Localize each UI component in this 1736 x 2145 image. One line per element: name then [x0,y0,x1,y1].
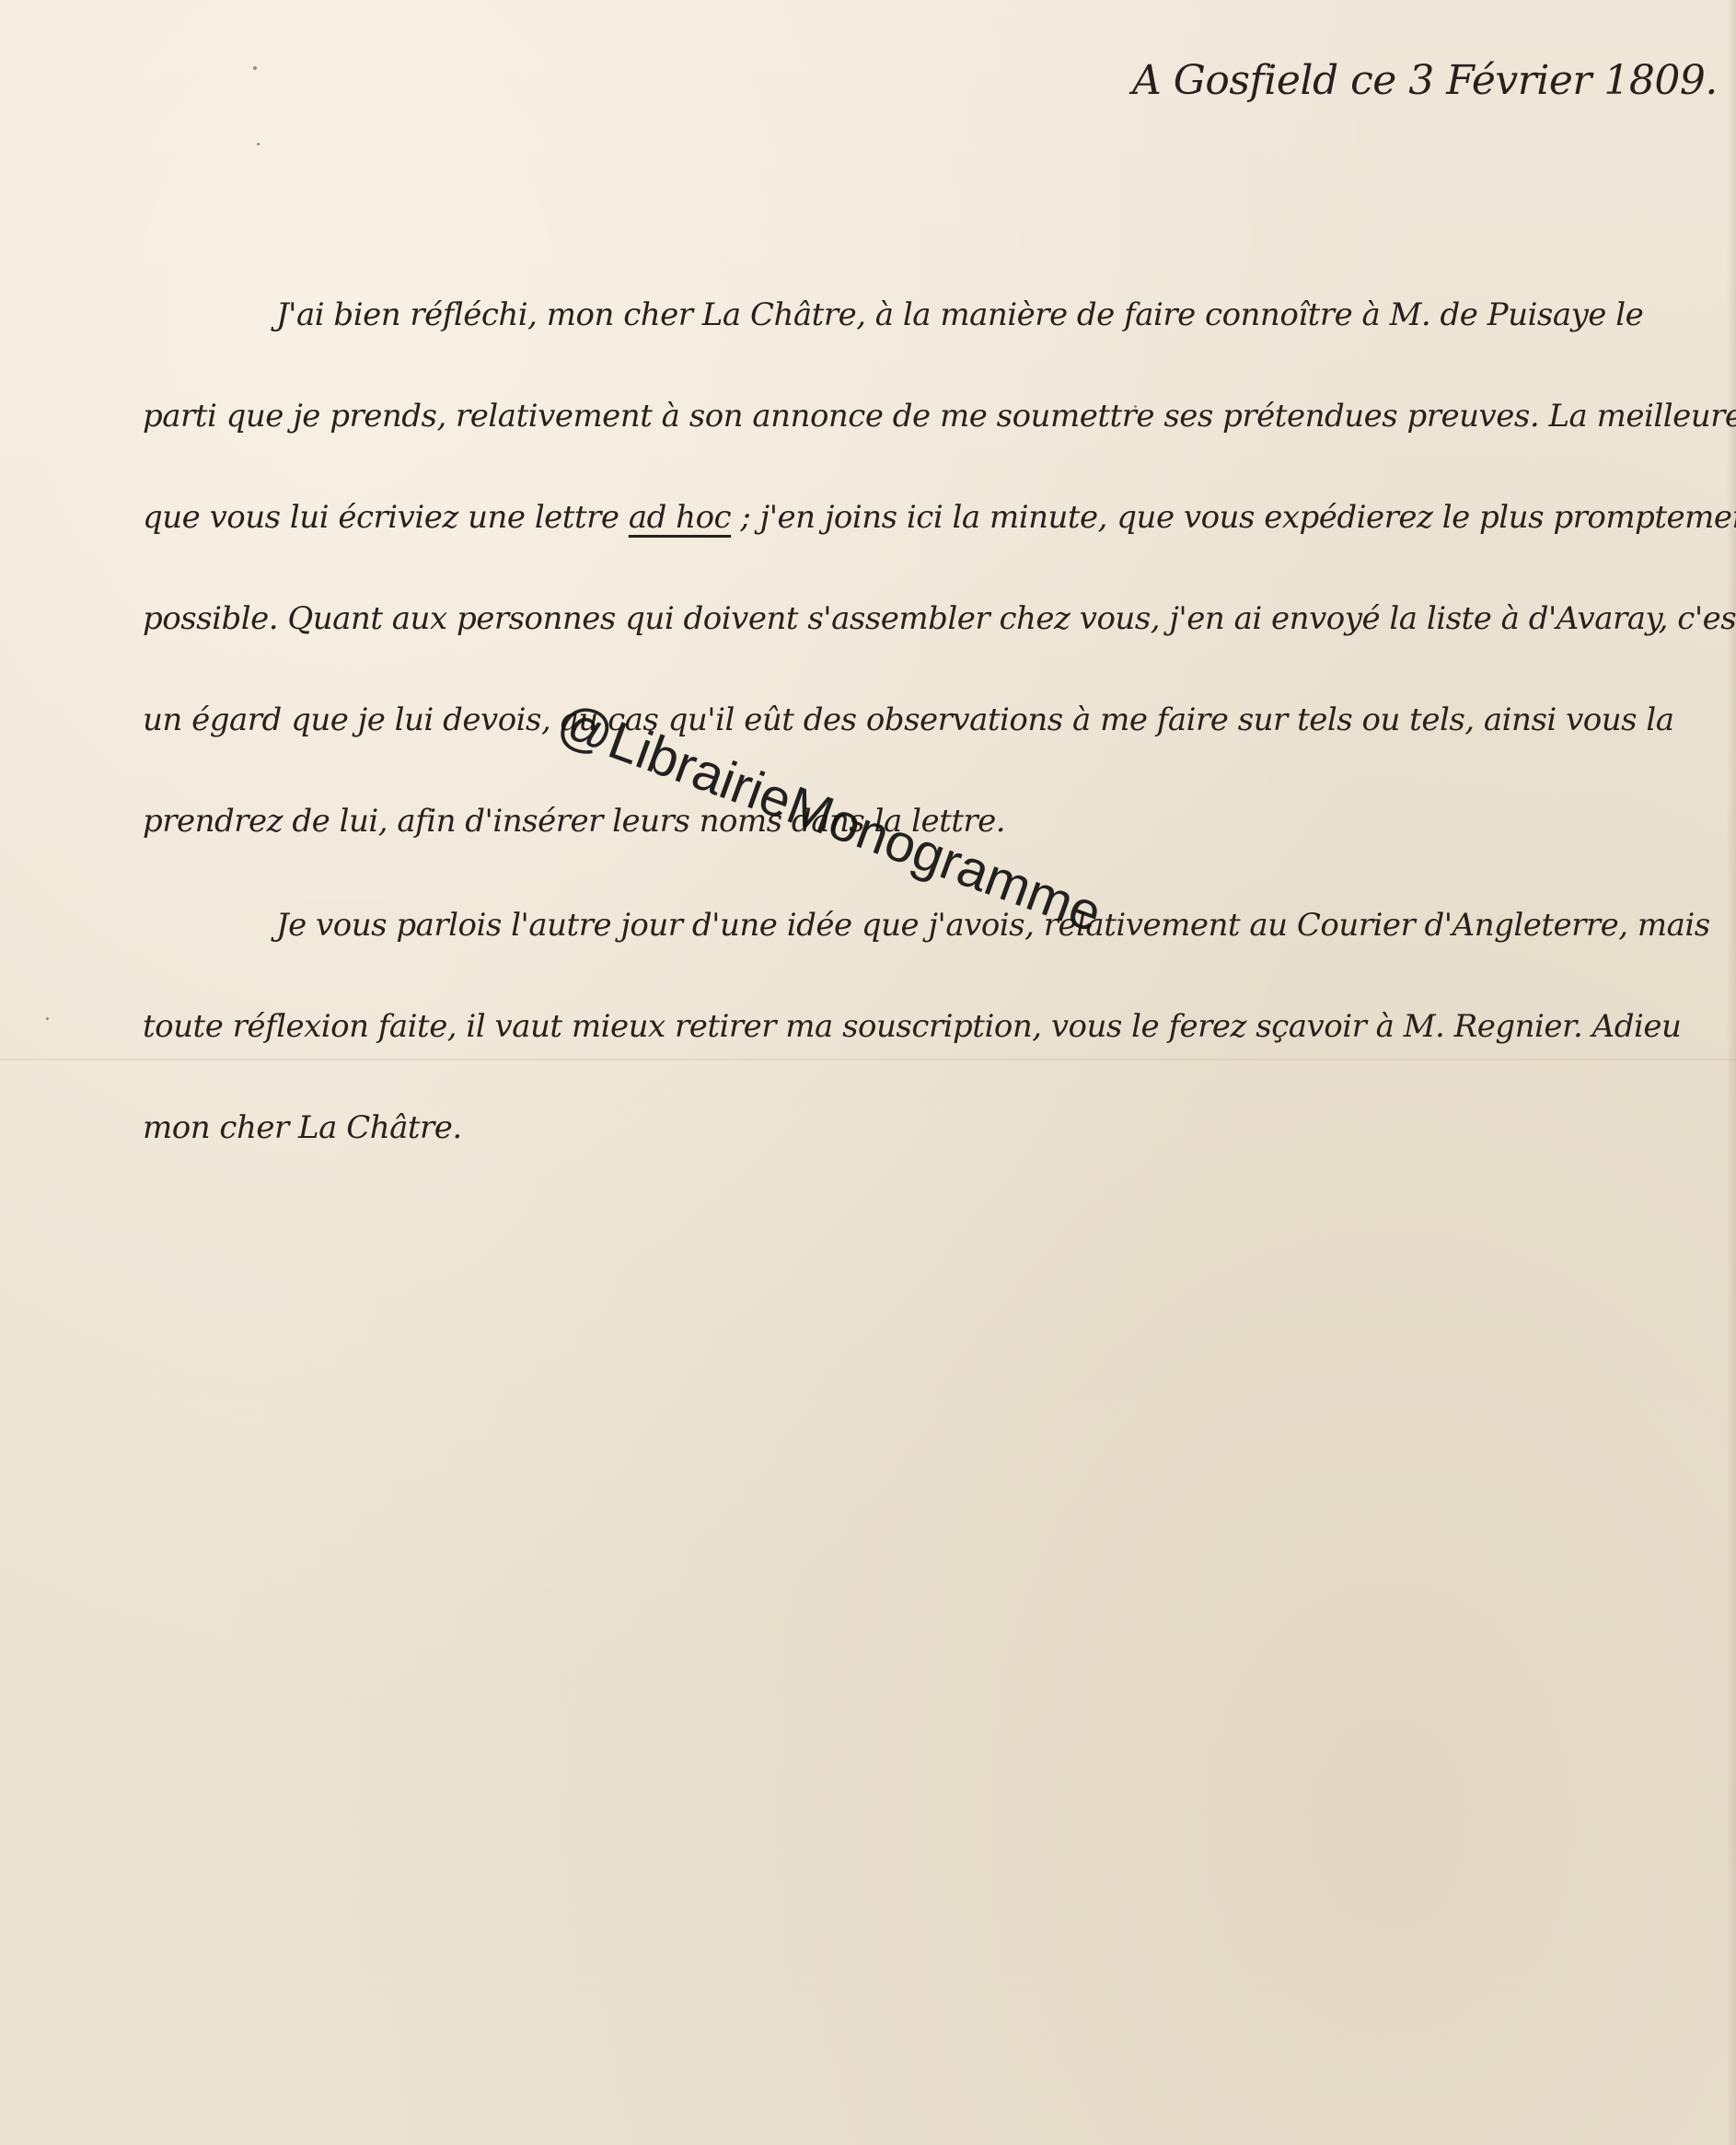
letter-line: que vous lui écriviez une lettre ad hoc … [143,499,1736,536]
underlined-phrase: ad hoc [629,499,731,536]
letter-line: possible. Quant aux personnes qui doiven… [143,600,1736,637]
letter-closing: mon cher La Châtre. [143,1109,462,1146]
letter-line: un égard que je lui devois, au cas qu'il… [143,701,1674,738]
paper-speck [253,66,257,70]
letter-line: J'ai bien réfléchi, mon cher La Châtre, … [276,296,1643,333]
letter-page: A Gosfield ce 3 Février 1809. J'ai bien … [0,0,1736,2145]
letter-line: toute réflexion faite, il vaut mieux ret… [143,1008,1681,1045]
letter-line: parti que je prends, relativement à son … [143,398,1736,435]
letter-line-text: que vous lui écriviez une lettre [143,499,629,536]
paper-fold-line [0,1059,1736,1061]
letter-line-text: ; j'en joins ici la minute, que vous exp… [731,499,1736,536]
letter-line: Je vous parlois l'autre jour d'une idée … [276,907,1710,944]
paper-edge-shadow [1727,0,1736,2145]
paper-speck [257,143,260,145]
letter-dateline: A Gosfield ce 3 Février 1809. [1132,57,1718,104]
paper-speck [46,1017,49,1020]
